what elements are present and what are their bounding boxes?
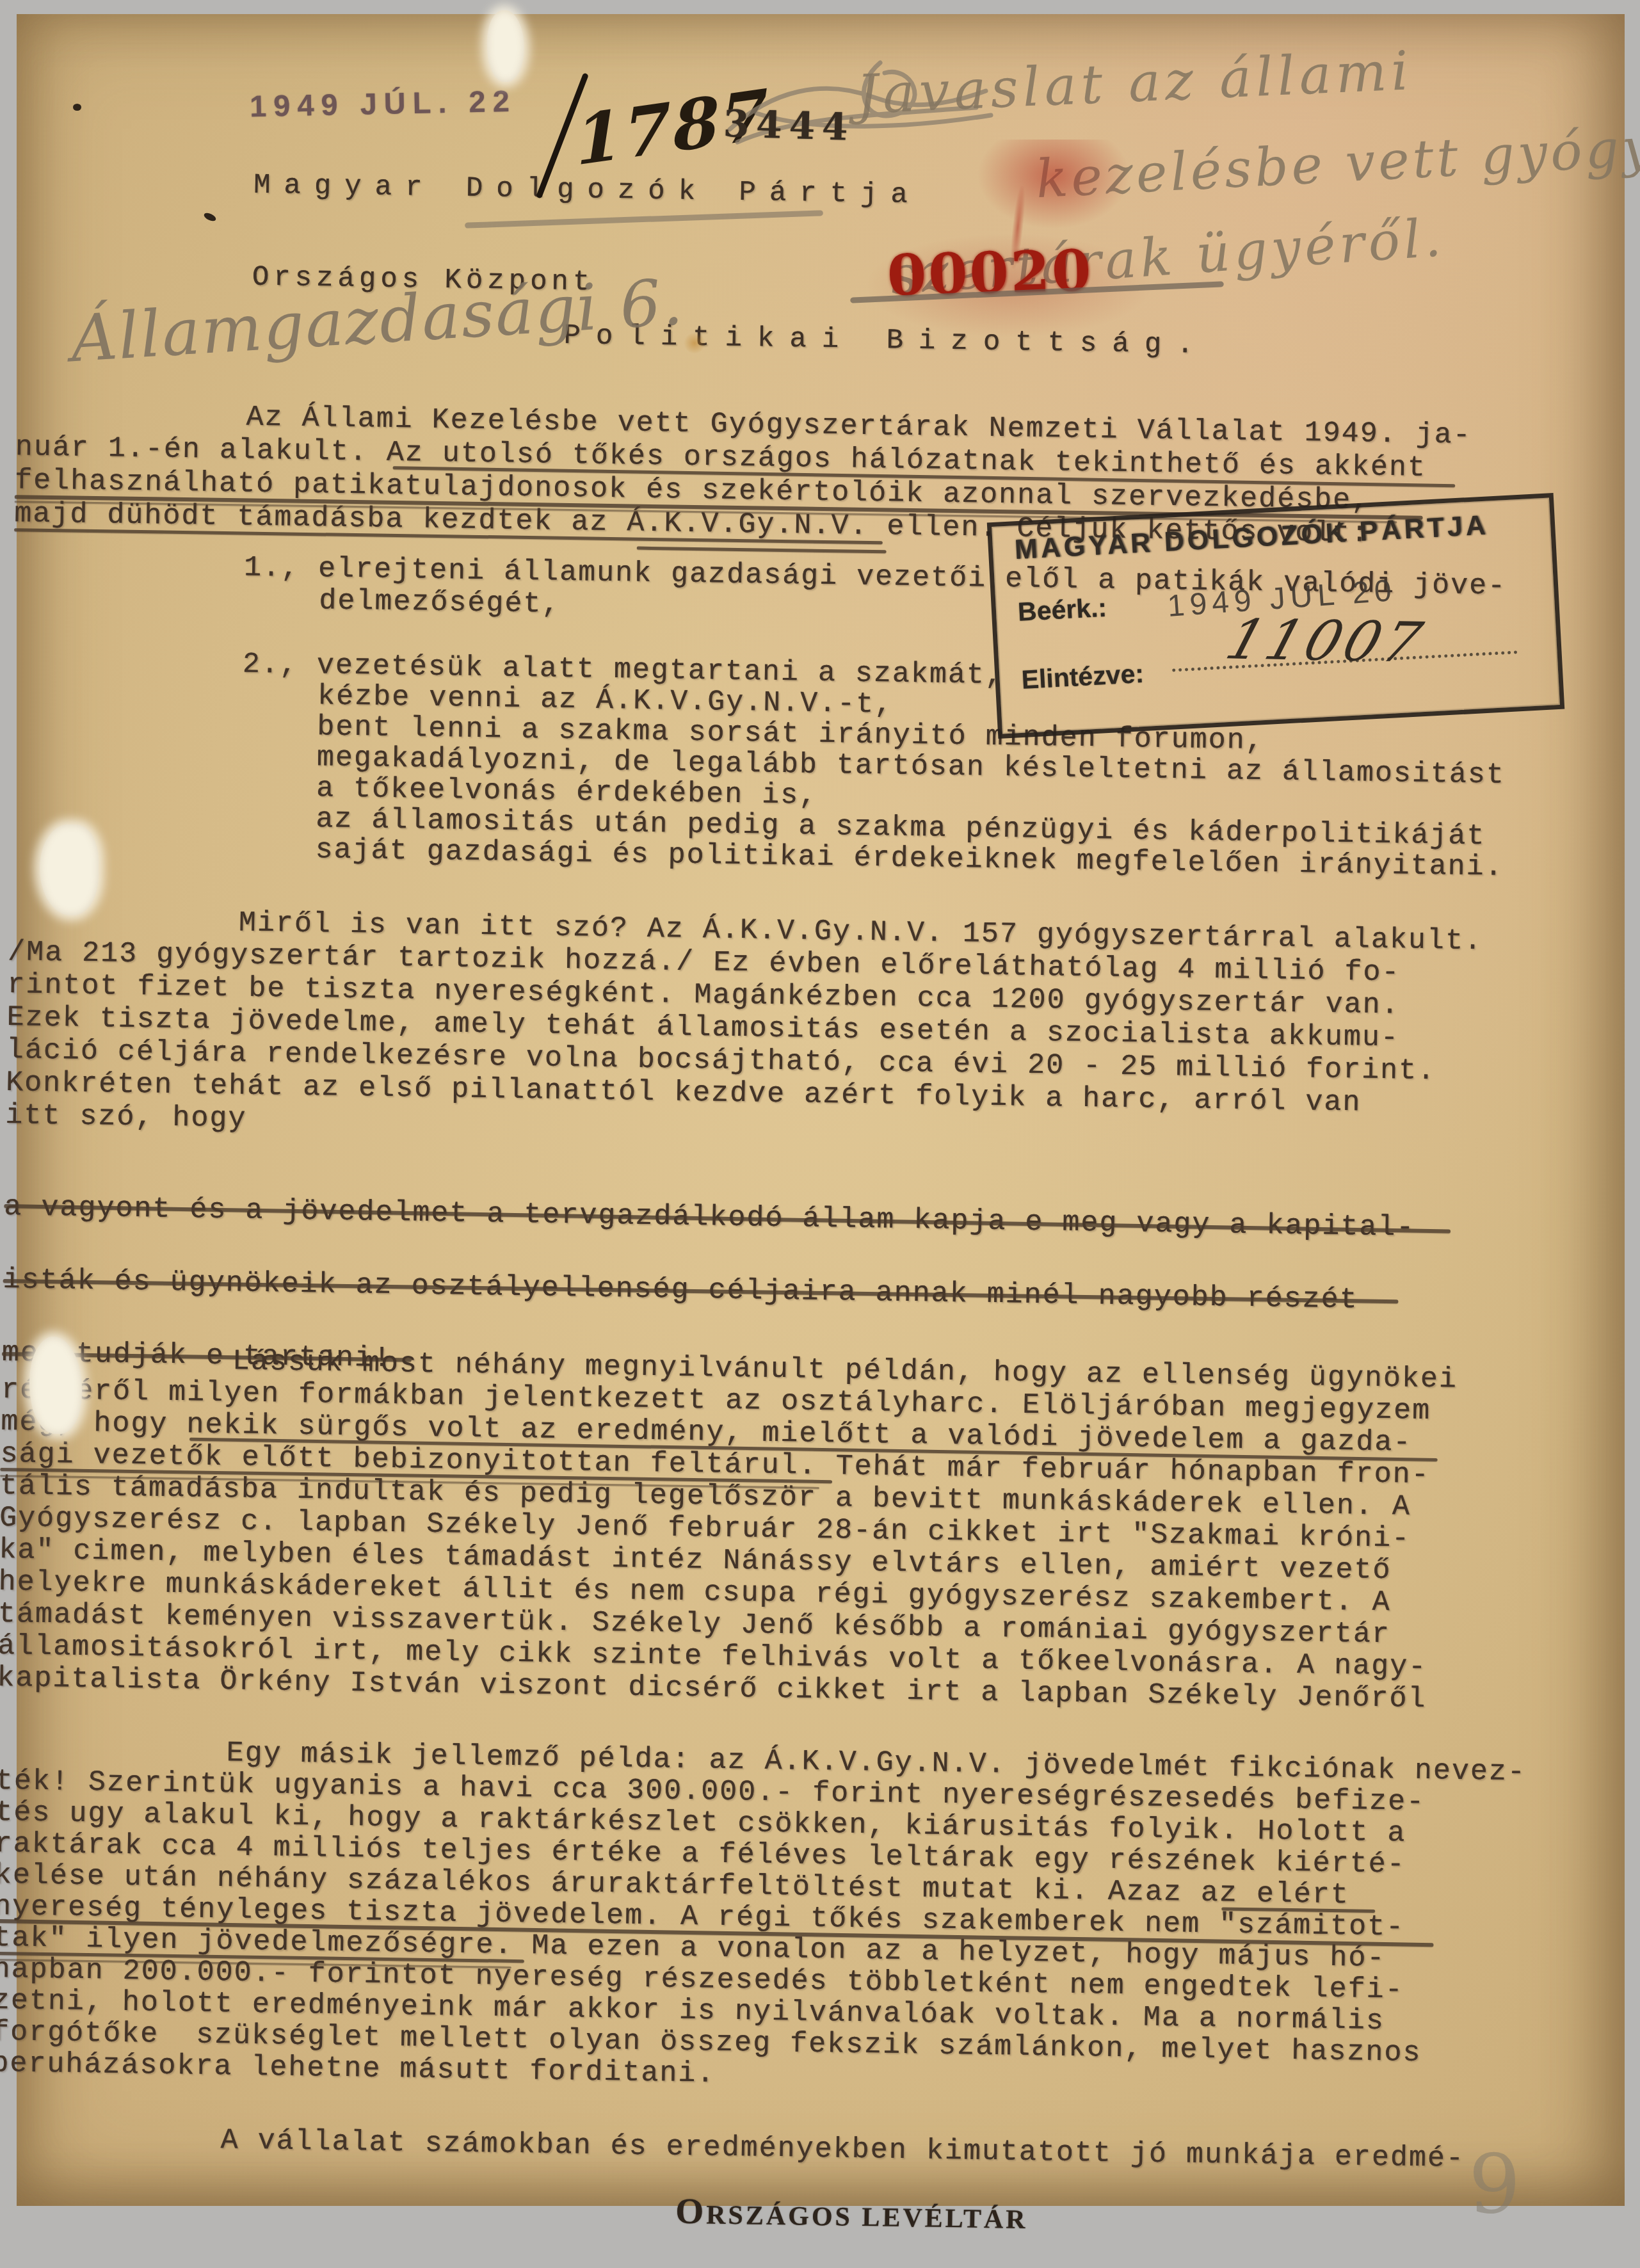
stain bbox=[684, 333, 705, 353]
document-page: Magyar Dolgozók Pártja Országos Központ … bbox=[17, 14, 1625, 2206]
typed-line: A vállalat számokban és eredményekben ki… bbox=[0, 2121, 1465, 2175]
page-number: 9 bbox=[1468, 2137, 1520, 2232]
processed-label: Elintézve: bbox=[1020, 659, 1145, 695]
received-stamp: MAGYAR DOLGOZÓK PÁRTJA Beérk.: 1949 JUL … bbox=[987, 493, 1564, 739]
paragraph-5: A vállalat számokban és eredményekben ki… bbox=[0, 2121, 1465, 2175]
paragraph-2: Miről is van itt szó? Az Á.K.V.Gy.N.V. 1… bbox=[5, 903, 1483, 1154]
paper-tear bbox=[487, 10, 524, 82]
received-stamp-title: MAGYAR DOLGOZÓK PÁRTJA bbox=[1014, 510, 1490, 566]
ink-speck bbox=[73, 104, 81, 111]
punch-hole bbox=[40, 824, 99, 915]
red-ink-blot bbox=[977, 140, 1130, 229]
stamp-number: 3444 bbox=[723, 102, 855, 149]
received-label: Beérk.: bbox=[1017, 593, 1107, 627]
paragraph-3: Lássuk most néhány megnyilvánult példán,… bbox=[0, 1342, 1458, 1716]
underline-stroke bbox=[637, 547, 887, 554]
date-received-stamp: 1949 JÚL. 22 bbox=[249, 83, 517, 124]
archive-stamp: ORSZÁGOS LEVÉLTÁR bbox=[675, 2191, 1028, 2237]
scanned-archive-document: { "annotations": { "date_stamp": "1949 J… bbox=[0, 0, 1640, 2268]
processed-number-handwritten: 11007 bbox=[1219, 608, 1433, 675]
paragraph-4: Egy másik jellemző példa: az Á.K.V.Gy.N.… bbox=[0, 1734, 1526, 2102]
